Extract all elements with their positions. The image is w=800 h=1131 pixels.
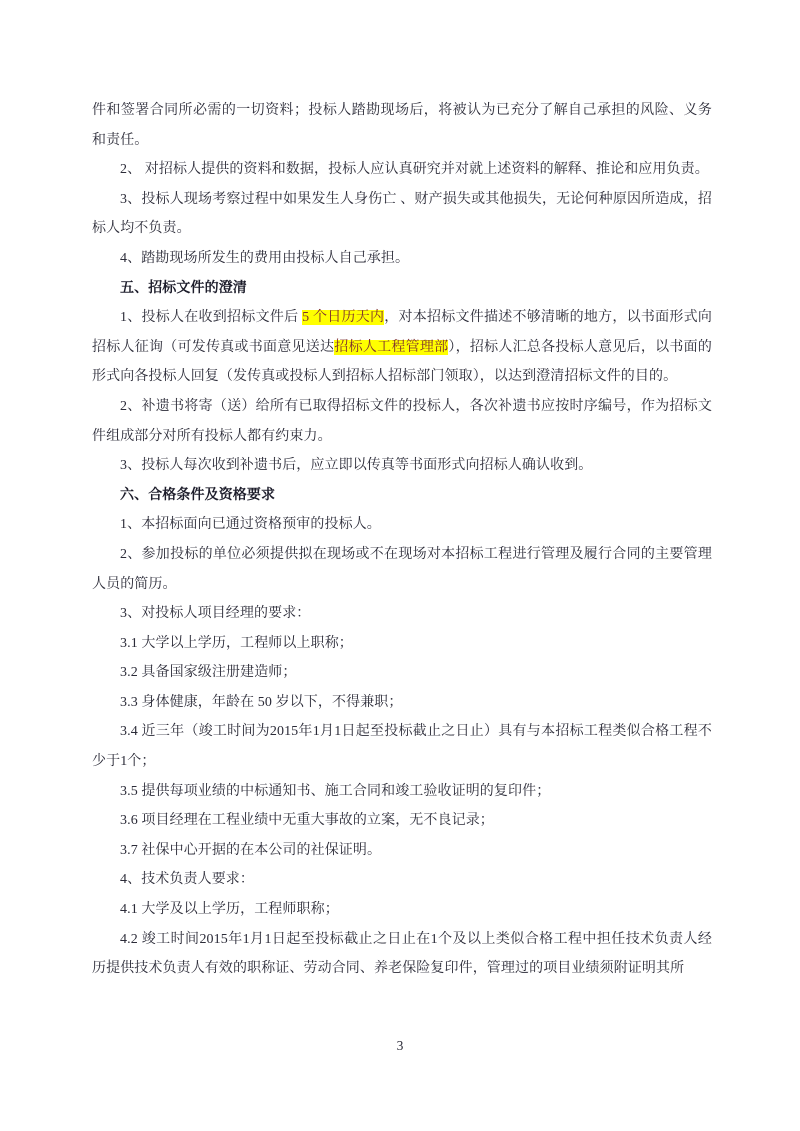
text-run: 1、本招标面向已通过资格预审的投标人。 <box>120 517 381 532</box>
paragraph: 3.1 大学以上学历，工程师以上职称； <box>92 629 712 659</box>
highlighted-text: 招标人工程管理部 <box>334 340 448 355</box>
text-run: 3、对投标人项目经理的要求： <box>120 606 310 621</box>
paragraph: 2、参加投标的单位必须提供拟在现场或不在现场对本招标工程进行管理及履行合同的主要… <box>92 540 712 599</box>
text-run: 3.2 具备国家级注册建造师； <box>120 665 297 680</box>
paragraph: 2、补遗书将寄（送）给所有已取得招标文件的投标人，各次补遗书应按时序编号，作为招… <box>92 392 712 451</box>
document-page: 件和签署合同所必需的一切资料；投标人踏勘现场后，将被认为已充分了解自己承担的风险… <box>0 0 800 1131</box>
text-run: 2、补遗书将寄（送）给所有已取得招标文件的投标人，各次补遗书应按时序编号，作为招… <box>92 399 712 444</box>
paragraph: 3.7 社保中心开据的在本公司的社保证明。 <box>92 836 712 866</box>
text-run: 3、投标人每次收到补遗书后，应立即以传真等书面形式向招标人确认收到。 <box>120 458 592 473</box>
text-run: 3.4 近三年（竣工时间为2015年1月1日起至投标截止之日止）具有与本招标工程… <box>92 724 712 769</box>
paragraph: 3、投标人现场考察过程中如果发生人身伤亡 、财产损失或其他损失，无论何种原因所造… <box>92 185 712 244</box>
paragraph: 4、技术负责人要求： <box>92 865 712 895</box>
paragraph: 件和签署合同所必需的一切资料；投标人踏勘现场后，将被认为已充分了解自己承担的风险… <box>92 96 712 155</box>
page-number: 3 <box>397 1038 404 1053</box>
text-run: 3.3 身体健康，年龄在 50 岁以下，不得兼职； <box>120 695 403 710</box>
paragraph: 3.4 近三年（竣工时间为2015年1月1日起至投标截止之日止）具有与本招标工程… <box>92 717 712 776</box>
paragraph: 3.2 具备国家级注册建造师； <box>92 658 712 688</box>
paragraph: 4、踏勘现场所发生的费用由投标人自己承担。 <box>92 244 712 274</box>
text-run: 3.5 提供每项业绩的中标通知书、施工合同和竣工验收证明的复印件； <box>120 784 550 799</box>
text-run: 六、合格条件及资格要求 <box>120 488 275 503</box>
paragraph: 1、投标人在收到招标文件后 5 个日历天内，对本招标文件描述不够清晰的地方，以书… <box>92 303 712 392</box>
paragraph: 3.5 提供每项业绩的中标通知书、施工合同和竣工验收证明的复印件； <box>92 777 712 807</box>
text-run: 2、 对招标人提供的资料和数据，投标人应认真研究并对就上述资料的解释、推论和应用… <box>120 162 709 177</box>
document-body: 件和签署合同所必需的一切资料；投标人踏勘现场后，将被认为已充分了解自己承担的风险… <box>92 96 712 984</box>
text-run: 3.7 社保中心开据的在本公司的社保证明。 <box>120 843 381 858</box>
text-run: 4、技术负责人要求： <box>120 872 254 887</box>
text-run: 2、参加投标的单位必须提供拟在现场或不在现场对本招标工程进行管理及履行合同的主要… <box>92 547 712 592</box>
paragraph: 3.3 身体健康，年龄在 50 岁以下，不得兼职； <box>92 688 712 718</box>
paragraph: 3、投标人每次收到补遗书后，应立即以传真等书面形式向招标人确认收到。 <box>92 451 712 481</box>
text-run: 4.2 竣工时间2015年1月1日起至投标截止之日止在1个及以上类似合格工程中担… <box>92 932 712 977</box>
section-heading: 五、招标文件的澄清 <box>92 274 712 304</box>
paragraph: 3、对投标人项目经理的要求： <box>92 599 712 629</box>
highlighted-text: 5 个日历天内 <box>302 310 384 325</box>
text-run: 件和签署合同所必需的一切资料；投标人踏勘现场后，将被认为已充分了解自己承担的风险… <box>92 103 712 148</box>
page-footer: 3 <box>0 1038 800 1054</box>
text-run: 3.6 项目经理在工程业绩中无重大事故的立案，无不良记录； <box>120 813 494 828</box>
text-run: 4、踏勘现场所发生的费用由投标人自己承担。 <box>120 251 409 266</box>
section-heading: 六、合格条件及资格要求 <box>92 481 712 511</box>
paragraph: 3.6 项目经理在工程业绩中无重大事故的立案，无不良记录； <box>92 806 712 836</box>
text-run: 4.1 大学及以上学历，工程师职称； <box>120 902 339 917</box>
paragraph: 4.1 大学及以上学历，工程师职称； <box>92 895 712 925</box>
text-run: 3、投标人现场考察过程中如果发生人身伤亡 、财产损失或其他损失，无论何种原因所造… <box>92 192 712 237</box>
text-run: 1、投标人在收到招标文件后 <box>120 310 302 325</box>
paragraph: 2、 对招标人提供的资料和数据，投标人应认真研究并对就上述资料的解释、推论和应用… <box>92 155 712 185</box>
paragraph: 4.2 竣工时间2015年1月1日起至投标截止之日止在1个及以上类似合格工程中担… <box>92 925 712 984</box>
paragraph: 1、本招标面向已通过资格预审的投标人。 <box>92 510 712 540</box>
text-run: 3.1 大学以上学历，工程师以上职称； <box>120 636 353 651</box>
text-run: 五、招标文件的澄清 <box>120 281 247 296</box>
